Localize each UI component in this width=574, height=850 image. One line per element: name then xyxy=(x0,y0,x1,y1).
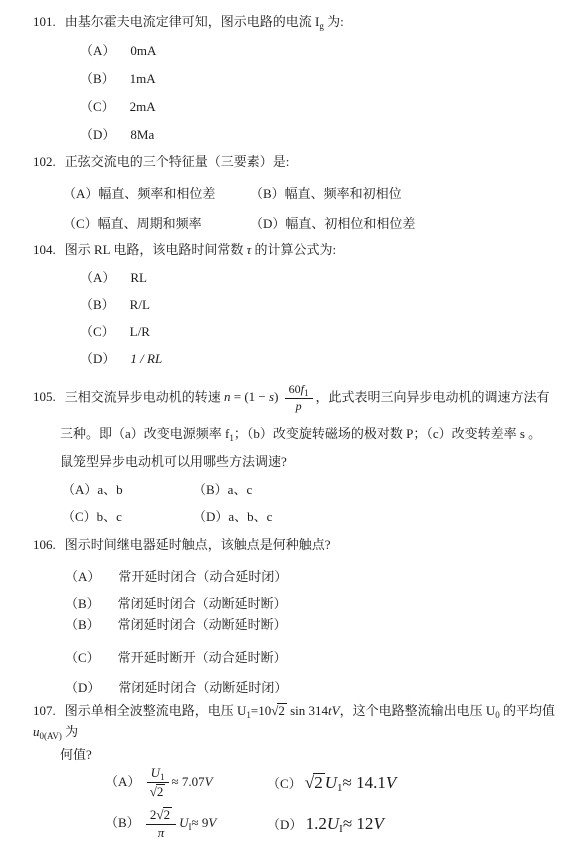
question-106-options: （A）常开延时闭合（动合延时闭） （B）常闭延时闭合（动断延时断） （B）常闭延… xyxy=(33,567,564,697)
question-104-options: （A）RL （B）R/L （C）L/R （D）1 / RL xyxy=(33,268,564,368)
option-row-d: （D）幅直、初相位和相位差 xyxy=(250,214,564,233)
question-105-options: （A）a、b （B）a、c （C）b、c （D）a、b、c xyxy=(33,480,564,526)
question-number: 107. xyxy=(33,703,56,718)
option-formula-d: 1.2UI≈ 12V xyxy=(306,814,384,833)
option-text: 常闭延时闭合（动断延时断） xyxy=(118,617,287,632)
option-text: R/L xyxy=(130,297,150,312)
rotor-speed-formula: n = (1 − s) 60f1p xyxy=(224,389,316,404)
option-text: a、c xyxy=(228,482,253,497)
question-107: 107.图示单相全波整流电路，电压 U1=10√2 sin 314tV，这个电路… xyxy=(33,701,564,841)
option-text: 幅直、频率和相位差 xyxy=(98,186,215,201)
option-text: 8Ma xyxy=(130,127,154,142)
option-label: （C） xyxy=(80,324,115,339)
question-105-stem: 105.三相交流异步电动机的转速 n = (1 − s) 60f1p，此式表明三… xyxy=(33,383,564,414)
question-106: 106.图示时间继电器延时触点，该触点是何种触点? （A）常开延时闭合（动合延时… xyxy=(33,536,564,697)
var-u: U xyxy=(327,814,339,833)
option-row-d: （D） 1.2UI≈ 12V xyxy=(267,814,564,834)
stem-text: 鼠笼型异步电动机可以用哪些方法调速? xyxy=(60,454,287,469)
stem-text: ，此式表明三向异步电动机的调速方法有 xyxy=(316,389,550,404)
option-row-d: （D）常闭延时闭合（动断延时闭） xyxy=(33,678,564,697)
subscript: 0(AV) xyxy=(40,731,62,741)
stem-text: 图示单相全波整流电路，电压 U xyxy=(65,703,247,718)
question-102-stem: 102.正弦交流电的三个特征量（三要素）是: xyxy=(33,153,564,172)
option-label: （A） xyxy=(80,43,115,58)
formula-text: sin 314 xyxy=(287,703,328,718)
question-105-stem-line3: 鼠笼型异步电动机可以用哪些方法调速? xyxy=(33,452,564,471)
question-107-stem: 107.图示单相全波整流电路，电压 U1=10√2 sin 314tV，这个电路… xyxy=(33,701,564,743)
question-105: 105.三相交流异步电动机的转速 n = (1 − s) 60f1p，此式表明三… xyxy=(33,383,564,526)
stem-text: 何值? xyxy=(60,747,92,762)
option-row-c: （C）2mA xyxy=(33,97,564,116)
option-label: （B） xyxy=(80,297,115,312)
option-text: RL xyxy=(130,270,147,285)
var-pi: π xyxy=(158,825,165,840)
option-label: （D） xyxy=(193,509,228,524)
option-label: （B） xyxy=(80,71,115,86)
question-102: 102.正弦交流电的三个特征量（三要素）是: （A）幅直、频率和相位差 （B）幅… xyxy=(33,153,564,233)
voltage-formula: =10√2 sin 314tV xyxy=(251,703,340,718)
question-107-stem-line2: 何值? xyxy=(33,745,564,764)
stem-text: 图示时间继电器延时触点，该触点是何种触点? xyxy=(65,537,331,552)
option-label: （A） xyxy=(105,774,140,789)
question-101-options: （A）0mA （B）1mA （C）2mA （D）8Ma xyxy=(33,41,564,144)
fraction: U1√2 xyxy=(147,766,169,800)
option-label: （D） xyxy=(80,127,115,142)
option-label: （C） xyxy=(267,776,302,791)
var-p: p xyxy=(296,399,302,413)
subscript: 1 xyxy=(160,772,165,782)
fraction-numerator: 2√2 xyxy=(146,807,176,825)
question-number: 101. xyxy=(33,14,56,29)
option-text: 常开延时闭合（动合延时闭） xyxy=(118,569,287,584)
sqrt: √2 xyxy=(150,784,166,799)
question-107-options: （A） U1√2≈ 7.07V （C） √2U1≈ 14.1V （B） 2√2π… xyxy=(33,766,564,842)
question-106-stem: 106.图示时间继电器延时触点，该触点是何种触点? xyxy=(33,536,564,555)
option-row-c: （C）L/R xyxy=(33,322,564,341)
option-formula-a: U1√2≈ 7.07V xyxy=(144,774,213,789)
fraction-numerator: U1 xyxy=(147,766,169,783)
radicand: 2 xyxy=(156,784,166,799)
stem-text: ；（b）改变旋转磁场的极对数 P；（c）改变转差率 s 。 xyxy=(234,426,541,441)
option-text: 常闭延时闭合（动断延时断） xyxy=(118,596,287,611)
option-label: （A） xyxy=(80,270,115,285)
question-number: 105. xyxy=(33,389,56,404)
stem-text: 图示 RL 电路，该电路时间常数 xyxy=(65,242,247,257)
option-label: （D） xyxy=(267,817,302,832)
option-row-c: （C）常开延时断开（动合延时断） xyxy=(33,648,564,667)
option-label: （B） xyxy=(250,186,285,201)
question-number: 102. xyxy=(33,154,56,169)
question-number: 104. xyxy=(33,242,56,257)
stem-text: 为 xyxy=(62,724,78,739)
option-text: L/R xyxy=(130,324,150,339)
subscript: 1 xyxy=(304,388,309,398)
option-text: a、b、c xyxy=(228,509,272,524)
fraction-numerator: 60f1 xyxy=(285,383,313,399)
document-page: { "page": { "background": "#ffffff", "te… xyxy=(0,0,574,850)
question-101: 101.由基尔霍夫电流定律可知，图示电路的电流 Ig 为: （A）0mA （B）… xyxy=(33,13,564,144)
option-label: （B） xyxy=(65,596,100,611)
question-105-stem-line2: 三种。即（a）改变电源频率 f1；（b）改变旋转磁场的极对数 P；（c）改变转差… xyxy=(33,424,564,443)
option-row-d: （D）8Ma xyxy=(33,125,564,144)
option-text: 幅直、周期和频率 xyxy=(98,216,202,231)
fraction-denominator: p xyxy=(285,399,313,414)
sqrt: √2 xyxy=(305,773,325,792)
option-text: 2mA xyxy=(130,99,156,114)
formula-text: ) xyxy=(274,389,282,404)
stem-text: 三相交流异步电动机的转速 xyxy=(65,389,224,404)
option-text: 0mA xyxy=(130,43,156,58)
option-formula-b: 2√2πUI≈ 9V xyxy=(143,815,216,830)
stem-text: 为: xyxy=(324,14,344,29)
stem-text: 的计算公式为: xyxy=(251,242,336,257)
option-label: （D） xyxy=(250,216,285,231)
approx-value: ≈ 7.07 xyxy=(172,774,205,789)
option-text: b、c xyxy=(97,509,122,524)
option-row-d: （D）a、b、c xyxy=(193,507,564,526)
option-label: （A） xyxy=(65,569,100,584)
option-row-c: （C）b、c xyxy=(62,507,193,526)
option-row-a: （A）RL xyxy=(33,268,564,287)
option-text: 1mA xyxy=(130,71,156,86)
option-text: a、b xyxy=(97,482,122,497)
approx-value: ≈ 12 xyxy=(343,814,374,833)
radicand: 2 xyxy=(163,807,173,822)
formula-text: = (1 − xyxy=(231,389,270,404)
option-row-d: （D）1 / RL xyxy=(33,349,564,368)
unit-v: V xyxy=(205,774,213,789)
approx-value: ≈ 14.1 xyxy=(343,773,386,792)
option-label: （A） xyxy=(63,186,98,201)
fraction-denominator: π xyxy=(146,825,176,841)
question-102-options: （A）幅直、频率和相位差 （B）幅直、频率和初相位 （C）幅直、周期和频率 （D… xyxy=(33,184,564,233)
stem-text: 由基尔霍夫电流定律可知，图示电路的电流 I xyxy=(65,14,320,29)
option-text: 常闭延时闭合（动断延时闭） xyxy=(118,680,287,695)
option-label: （C） xyxy=(80,99,115,114)
coeff: 1.2 xyxy=(306,814,327,833)
stem-text: 的平均值 xyxy=(500,703,555,718)
option-row-a: （A）a、b xyxy=(62,480,193,499)
sqrt: √2 xyxy=(271,703,287,718)
option-label: （A） xyxy=(62,482,97,497)
stem-text: 三种。即（a）改变电源频率 xyxy=(60,426,225,441)
option-text: 幅直、初相位和相位差 xyxy=(285,216,415,231)
option-text: 幅直、频率和初相位 xyxy=(285,186,402,201)
formula-text: =10 xyxy=(251,703,271,718)
coeff: 60 xyxy=(289,382,301,396)
question-101-stem: 101.由基尔霍夫电流定律可知，图示电路的电流 Ig 为: xyxy=(33,13,564,32)
unit-v: V xyxy=(208,815,216,830)
option-row-b: （B）常闭延时闭合（动断延时断） xyxy=(33,594,564,613)
option-label: （D） xyxy=(80,351,115,366)
option-text: 常开延时断开（动合延时断） xyxy=(118,650,287,665)
option-row-a: （A）0mA xyxy=(33,41,564,60)
var-u: U xyxy=(151,765,160,780)
stem-text: 正弦交流电的三个特征量（三要素）是: xyxy=(65,154,290,169)
approx-value: ≈ 9 xyxy=(191,815,208,830)
option-row-b-duplicate: （B）常闭延时闭合（动断延时断） xyxy=(33,615,564,634)
option-label: （B） xyxy=(65,617,100,632)
option-row-b: （B）幅直、频率和初相位 xyxy=(250,184,564,203)
option-row-b: （B）1mA xyxy=(33,69,564,88)
unit-v: V xyxy=(373,814,383,833)
option-row-b: （B）a、c xyxy=(193,480,564,499)
option-label: （C） xyxy=(62,509,97,524)
option-formula: 1 / RL xyxy=(130,351,162,366)
stem-text: ，这个电路整流输出电压 U xyxy=(340,703,496,718)
option-row-b: （B） 2√2πUI≈ 9V xyxy=(105,807,267,841)
fraction: 60f1p xyxy=(285,383,313,414)
option-row-a: （A）常开延时闭合（动合延时闭） xyxy=(33,567,564,586)
radicand: 2 xyxy=(277,703,287,718)
option-label: （B） xyxy=(193,482,228,497)
fraction-denominator: √2 xyxy=(147,783,169,800)
radicand: 2 xyxy=(313,773,325,792)
question-number: 106. xyxy=(33,537,56,552)
option-label: （C） xyxy=(65,650,100,665)
option-row-a: （A）幅直、频率和相位差 xyxy=(63,184,250,203)
option-row-c: （C） √2U1≈ 14.1V xyxy=(267,773,564,793)
option-row-c: （C）幅直、周期和频率 xyxy=(63,214,250,233)
question-104: 104.图示 RL 电路，该电路时间常数 τ 的计算公式为: （A）RL （B）… xyxy=(33,241,564,368)
var-tv: tV xyxy=(328,703,340,718)
option-label: （C） xyxy=(63,216,98,231)
sqrt: √2 xyxy=(156,807,172,822)
var-u: U xyxy=(325,773,337,792)
option-formula-c: √2U1≈ 14.1V xyxy=(305,773,396,792)
unit-v: V xyxy=(386,773,396,792)
question-104-stem: 104.图示 RL 电路，该电路时间常数 τ 的计算公式为: xyxy=(33,241,564,260)
fraction: 2√2π xyxy=(146,807,176,841)
option-row-a: （A） U1√2≈ 7.07V xyxy=(105,766,267,800)
option-label: （D） xyxy=(65,680,100,695)
option-row-b: （B）R/L xyxy=(33,295,564,314)
option-label: （B） xyxy=(105,815,140,830)
